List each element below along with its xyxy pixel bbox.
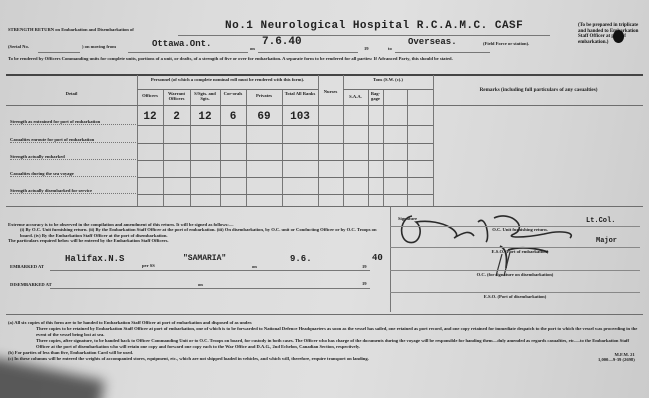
oc-caption: O.C. Unit furnishing return. [470, 227, 570, 232]
date-value: 7.6.40 [262, 36, 302, 48]
to-label: to [388, 46, 392, 51]
eso-rank: Major [596, 237, 617, 245]
row-label-embarked: Strength actually embarked [10, 154, 136, 160]
row-label-disembarked: Strength actually disembarked for servic… [10, 188, 136, 194]
cell-corporals: 6 [220, 111, 246, 123]
to-underline [395, 52, 490, 53]
embarked-label: EMBARKED AT [10, 264, 44, 269]
accuracy-line-2: (i) By O.C. Unit furnishing return. (ii)… [8, 227, 390, 238]
form-number-block: M.F.M. 21 1,000—9-39 (2698) [598, 352, 635, 363]
oc-disembarkation-caption: O.C. (for signature on disembarkation) [450, 272, 580, 277]
ink-blot [613, 30, 624, 43]
per-ss-label: per SS [142, 263, 155, 268]
disembarked-on-label: on [198, 282, 203, 287]
embarked-year: 40 [372, 253, 383, 263]
oc-rank: Lt.Col. [586, 217, 615, 225]
col-total: Total All Ranks [282, 91, 318, 96]
col-divider [246, 89, 247, 206]
signature-block: Signature Lt.Col. O.C. Unit furnishing r… [390, 204, 646, 312]
row-divider [137, 143, 433, 144]
col-sergeants: S/Sgts. and Sgts. [190, 91, 220, 102]
embarked-on-label: on [252, 264, 257, 269]
print-info: 1,000—9-39 (2698) [598, 357, 635, 362]
row-label-casualties-voyage: Casualties during the sea voyage [10, 171, 136, 177]
cell-total: 103 [282, 111, 318, 123]
header-bottom-line [6, 105, 643, 106]
row-divider [137, 160, 433, 161]
col-baggage: Bag-gage [368, 91, 383, 102]
field-force-label: (Field Force or station). [483, 41, 529, 46]
side-note: (To be prepared in triplicate and handed… [578, 23, 640, 45]
eso-signature-line [390, 247, 640, 248]
eso-disembarkation-line [390, 292, 640, 293]
row-label-entrained: Strength as entrained for port of embark… [10, 119, 136, 125]
col-divider [433, 75, 434, 206]
col-saa: S.A.A. [343, 94, 368, 99]
row-divider [137, 177, 433, 178]
moving-from-underline [128, 52, 248, 53]
tons-header: Tons (S.W. (c).) [343, 77, 433, 82]
col-divider [318, 75, 319, 206]
unit-name: No.1 Neurological Hospital R.C.A.M.C. CA… [225, 20, 523, 32]
detail-header: Detail [6, 91, 137, 96]
eso-caption: E.S.O. (Port of embarkation) [470, 249, 570, 254]
personnel-header: Personnel (of which a complete nominal r… [139, 77, 316, 82]
eso-disembarkation-caption: E.S.O. (Port of disembarkation) [450, 294, 580, 299]
oc-disembarkation-line [390, 270, 640, 271]
strength-return-form: STRENGTH RETURN on Embarkation and Disem… [0, 0, 649, 398]
disembarked-year-prefix: 19 [362, 281, 367, 286]
note-a-2: Three copies, after signature, to be han… [8, 338, 643, 349]
note-b: (b) For parties of less than five, Embar… [8, 350, 643, 355]
instructions: To be rendered by Officers Commanding un… [8, 56, 568, 61]
note-c: (c) In these columns will be entered the… [8, 356, 643, 361]
signature-scribble-icon [394, 208, 594, 278]
col-warrant-officers: Warrant Officers [163, 91, 190, 102]
strength-table: Detail Personnel (of which a complete no… [6, 75, 646, 206]
serial-label: (Serial No. [8, 44, 29, 49]
col-privates: Privates [246, 93, 282, 98]
embarked-date: 9.6. [290, 254, 312, 264]
row-divider [137, 125, 433, 126]
destination-value: Overseas. [408, 37, 457, 47]
col-divider [368, 89, 369, 206]
col-corporals: Cor-orals [220, 91, 246, 96]
col-divider [383, 89, 384, 206]
col-officers: Officers [137, 93, 163, 98]
embarked-port: Halifax.N.S [65, 254, 124, 264]
row-divider [137, 194, 433, 195]
unit-underline [178, 35, 550, 36]
on-label: on [250, 46, 255, 51]
note-a-1: Three copies to be retained by Embarkati… [8, 326, 643, 337]
embarked-underline [50, 270, 370, 271]
note-a: (a) All six copies of this form are to b… [8, 320, 643, 325]
accuracy-instructions: Extreme accuracy is to be observed in th… [8, 222, 390, 244]
disembarked-label: DISEMBARKED AT [10, 282, 52, 287]
cell-warrant-officers: 2 [163, 111, 190, 123]
cell-sergeants: 12 [190, 111, 220, 123]
moving-from-label: ) on moving from [82, 44, 116, 49]
row-divider [343, 89, 433, 90]
moving-from-value: Ottawa.Ont. [152, 39, 211, 49]
embarked-year-prefix: 19 [362, 264, 367, 269]
cell-privates: 69 [246, 111, 282, 123]
row-divider [137, 89, 318, 90]
year-prefix: 19 [364, 46, 369, 51]
accuracy-line-3: The particulars required below will be e… [8, 238, 390, 243]
col-divider [220, 89, 221, 206]
col-divider [282, 89, 283, 206]
disembarked-underline [50, 288, 370, 289]
footnotes: (a) All six copies of this form are to b… [8, 320, 643, 363]
col-divider [190, 89, 191, 206]
date-underline [258, 52, 358, 53]
serial-field [38, 52, 80, 53]
notes-divider [6, 314, 643, 315]
form-title-label: STRENGTH RETURN on Embarkation and Disem… [8, 27, 134, 32]
col-divider [163, 89, 164, 206]
remarks-header: Remarks (including full particulars of a… [436, 87, 641, 93]
cell-officers: 12 [137, 111, 163, 123]
col-nurses: Nurses [318, 89, 343, 94]
row-label-casualties-enroute: Casualties enroute for port of embarkati… [10, 137, 136, 143]
col-divider [407, 89, 408, 206]
ship-name: "SAMARIA" [183, 254, 226, 263]
